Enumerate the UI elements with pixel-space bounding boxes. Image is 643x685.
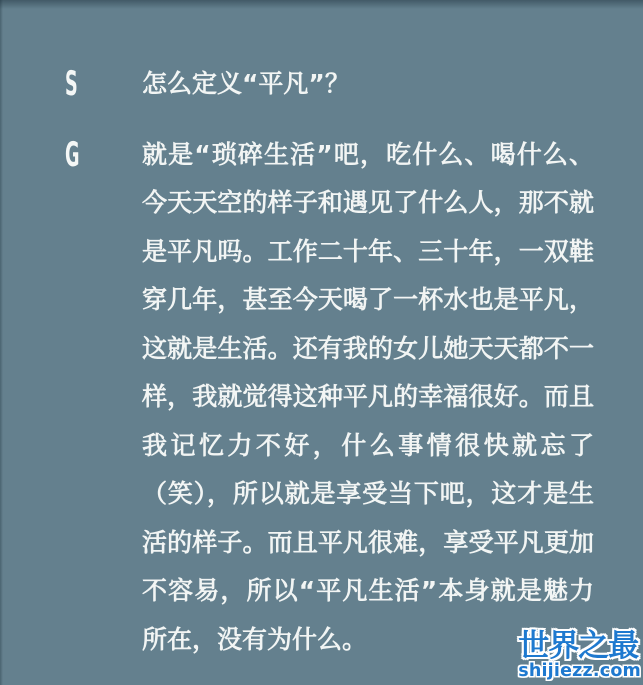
speaker-g-label: G	[65, 131, 105, 180]
answer-line: （笑），所以就是享受当下吧，这才是生	[142, 470, 594, 519]
answer-line: 是平凡吗。工作二十年、三十年，一双鞋	[142, 228, 594, 277]
watermark: 世界之最 shijiezz.com	[518, 631, 641, 681]
left-vignette	[0, 0, 3, 685]
interview-dialog: S 怎么定义“平凡”？ G 就是“琐碎生活”吧，吃什么、喝什么、 今天天空的样子…	[65, 60, 594, 664]
answer-line: 我记忆力不好，什么事情很快就忘了	[142, 422, 594, 471]
answer-row: G 就是“琐碎生活”吧，吃什么、喝什么、 今天天空的样子和遇见了什么人，那不就 …	[65, 131, 594, 665]
answer-line: 不容易，所以“平凡生活”本身就是魅力	[142, 567, 594, 616]
answer-line: 这就是生活。还有我的女儿她天天都不一	[142, 325, 594, 374]
answer-line: 样，我就觉得这种平凡的幸福很好。而且	[142, 373, 594, 422]
watermark-domain-text: shijiezz.com	[518, 663, 641, 681]
answer-line: 穿几年，甚至今天喝了一杯水也是平凡，	[142, 276, 594, 325]
answer-text: 就是“琐碎生活”吧，吃什么、喝什么、 今天天空的样子和遇见了什么人，那不就 是平…	[142, 131, 594, 665]
answer-line: 活的样子。而且平凡很难，享受平凡更加	[142, 519, 594, 568]
answer-line: 今天天空的样子和遇见了什么人，那不就	[142, 179, 594, 228]
article-image: S 怎么定义“平凡”？ G 就是“琐碎生活”吧，吃什么、喝什么、 今天天空的样子…	[0, 0, 643, 685]
question-text: 怎么定义“平凡”？	[142, 60, 594, 109]
watermark-logo-text: 世界之最	[518, 631, 641, 662]
question-row: S 怎么定义“平凡”？	[65, 60, 594, 109]
speaker-s-label: S	[65, 60, 105, 109]
top-vignette	[0, 0, 643, 9]
answer-line: 就是“琐碎生活”吧，吃什么、喝什么、	[142, 131, 594, 180]
